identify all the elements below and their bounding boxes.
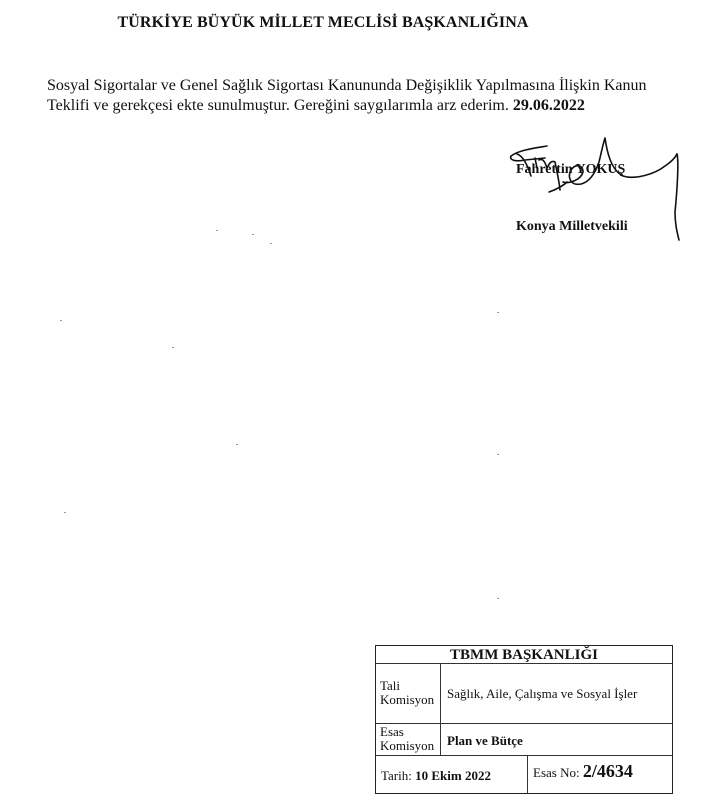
body-line-2: Teklifi ve gerekçesi ekte sunulmuştur. G… <box>47 96 687 116</box>
tali-komisyon-value: Sağlık, Aile, Çalışma ve Sosyal İşler <box>447 686 637 702</box>
body-line-2-text: Teklifi ve gerekçesi ekte sunulmuştur. G… <box>47 97 509 114</box>
scan-speck <box>60 320 62 321</box>
scan-speck <box>497 598 499 599</box>
scan-speck <box>497 312 499 313</box>
signatory-role: Konya Milletvekili <box>516 219 628 235</box>
body-date: 29.06.2022 <box>513 97 585 114</box>
scan-speck <box>216 230 218 231</box>
column-divider <box>440 724 441 755</box>
stamp-row-date-number: Tarih: 10 Ekim 2022 Esas No: 2/4634 <box>376 756 672 794</box>
date-value: 10 Ekim 2022 <box>415 768 491 783</box>
scan-speck <box>236 444 238 445</box>
tali-label-line2: Komisyon <box>380 693 434 707</box>
scan-speck <box>270 243 272 244</box>
esas-komisyon-value: Plan ve Bütçe <box>447 733 523 749</box>
stamp-date: Tarih: 10 Ekim 2022 <box>381 768 491 784</box>
document-body: Sosyal Sigortalar ve Genel Sağlık Sigort… <box>47 76 687 116</box>
tali-komisyon-label: Tali Komisyon <box>380 679 434 707</box>
tali-label-line1: Tali <box>380 679 434 693</box>
esas-no-value: 2/4634 <box>583 761 633 781</box>
document-title: TÜRKİYE BÜYÜK MİLLET MECLİSİ BAŞKANLIĞIN… <box>0 14 716 32</box>
stamp-header: TBMM BAŞKANLIĞI <box>376 646 672 664</box>
signatory-name: Fahrettin YOKUŞ <box>516 162 625 178</box>
esas-no-label: Esas No: <box>533 765 580 780</box>
document-title-text: TÜRKİYE BÜYÜK MİLLET MECLİSİ BAŞKANLIĞIN… <box>118 14 529 31</box>
column-divider <box>527 756 528 794</box>
stamp-esas-no: Esas No: 2/4634 <box>533 761 633 782</box>
esas-label-line1: Esas <box>380 725 434 739</box>
esas-label-line2: Komisyon <box>380 739 434 753</box>
scan-speck <box>64 512 66 513</box>
stamp-row-esas-komisyon: Esas Komisyon Plan ve Bütçe <box>376 724 672 756</box>
esas-komisyon-label: Esas Komisyon <box>380 725 434 753</box>
column-divider <box>440 664 441 723</box>
scan-speck <box>252 234 254 235</box>
date-label: Tarih: <box>381 768 412 783</box>
scan-speck <box>172 347 174 348</box>
stamp-row-tali-komisyon: Tali Komisyon Sağlık, Aile, Çalışma ve S… <box>376 664 672 724</box>
scan-speck <box>497 454 499 455</box>
tbmm-registration-stamp: TBMM BAŞKANLIĞI Tali Komisyon Sağlık, Ai… <box>375 645 673 794</box>
body-line-1: Sosyal Sigortalar ve Genel Sağlık Sigort… <box>47 76 687 96</box>
